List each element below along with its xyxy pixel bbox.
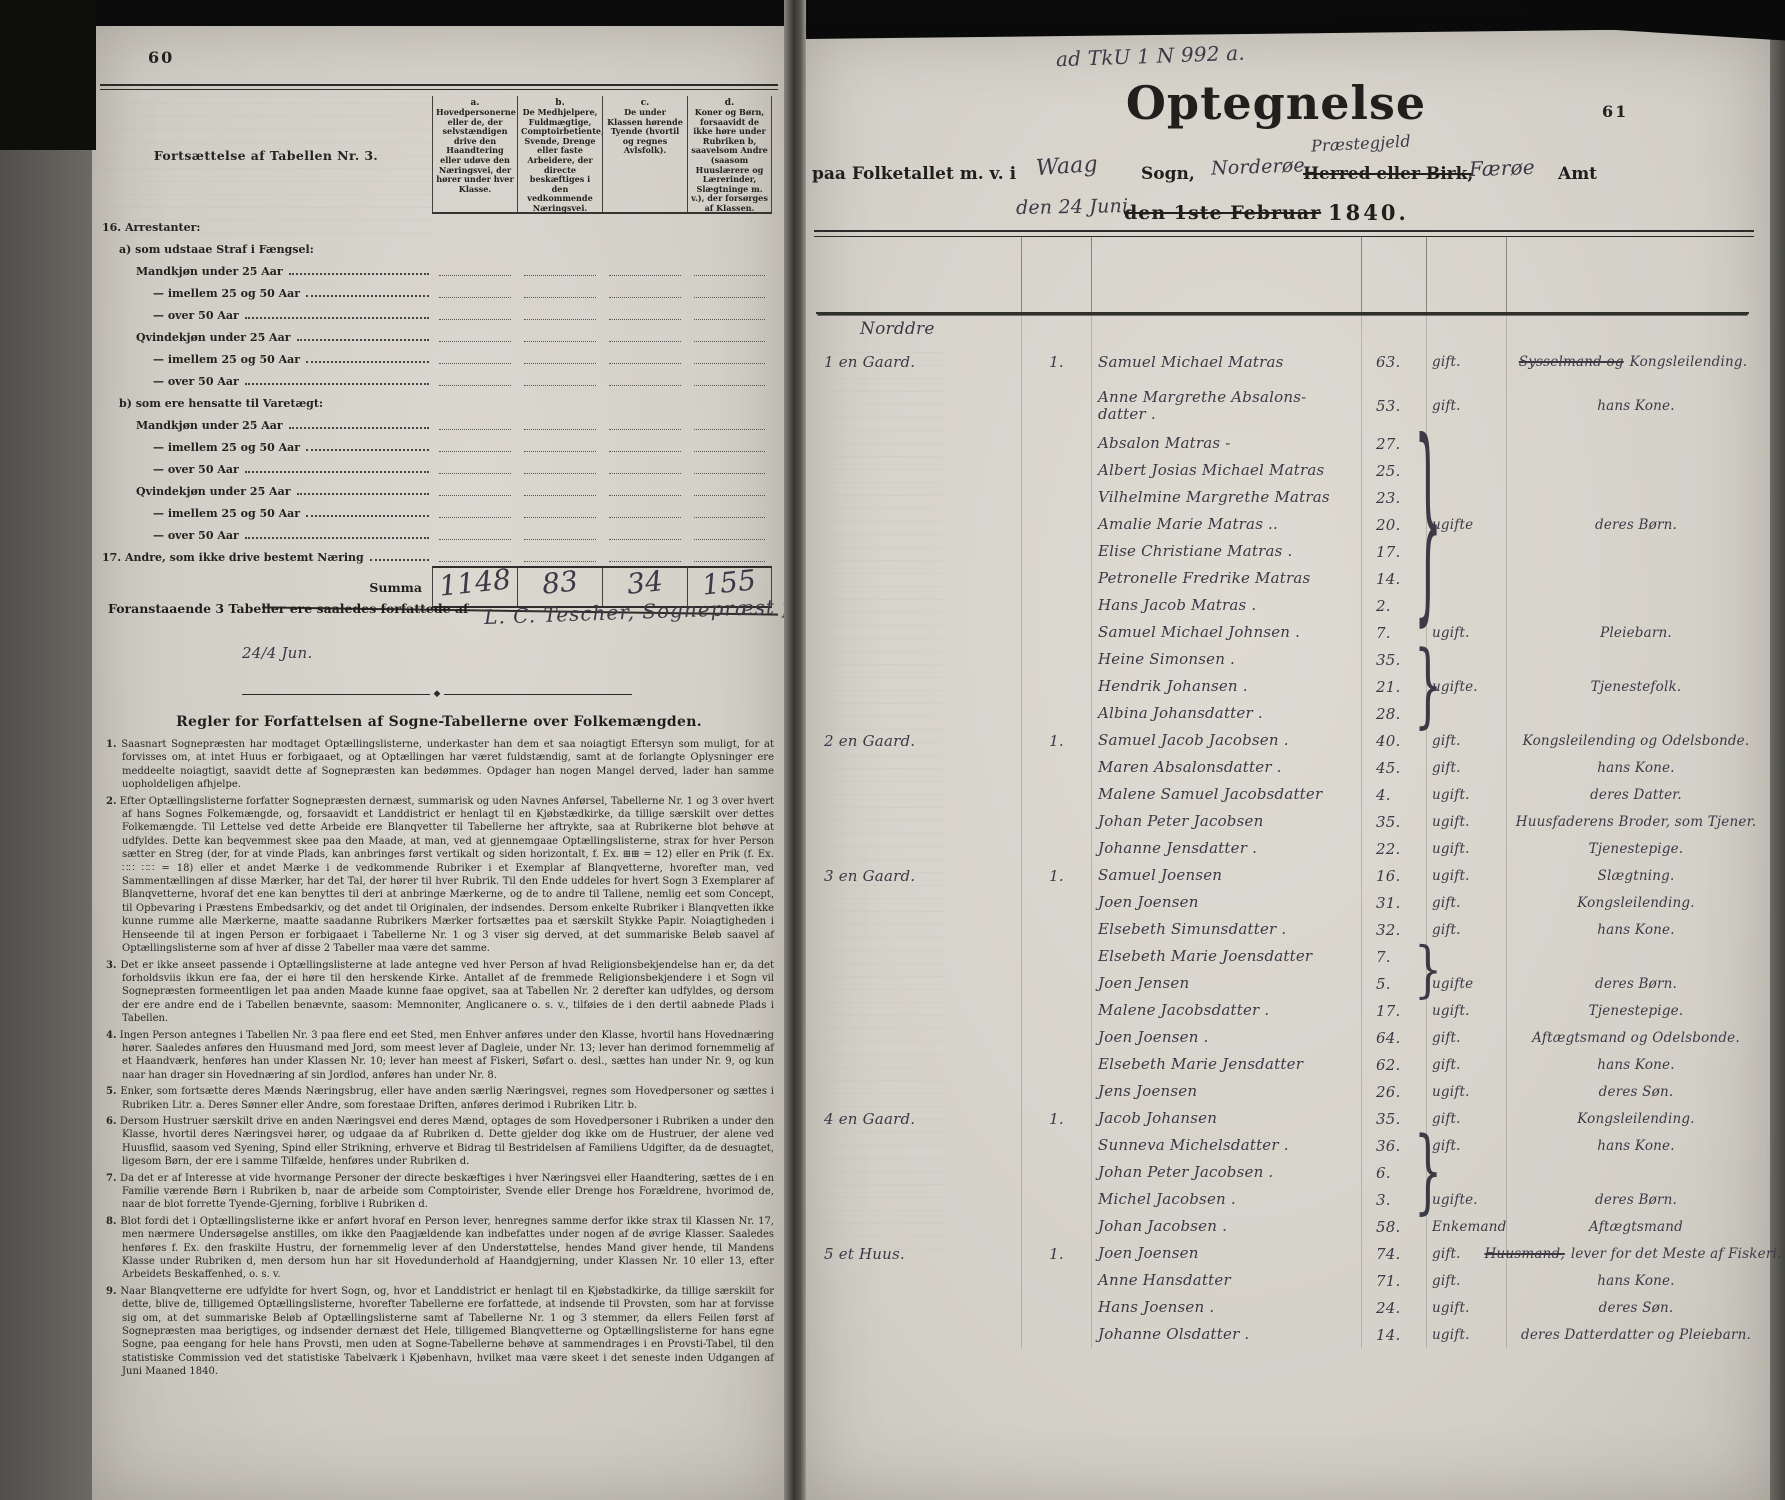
census-row: Amalie Marie Matras .. 20. ugifte deres … <box>816 511 1749 538</box>
place-cell <box>816 1186 1021 1213</box>
right-page-number: 61 <box>1602 102 1628 121</box>
person-name: Petronelle Fredrike Matras <box>1098 570 1361 587</box>
marital-status-cell: ugift. <box>1426 808 1506 835</box>
census-column-header <box>1506 236 1749 312</box>
census-row: Jens Joensen 26. ugift. deres Søn. <box>816 1078 1749 1105</box>
person-name-cell: Elise Christiane Matras . <box>1091 538 1361 565</box>
occupation-cell: hans Kone. <box>1506 754 1749 781</box>
rule-number: 3. <box>106 960 116 971</box>
person-name: Hans Joensen . <box>1098 1299 1361 1316</box>
family-count-cell <box>1021 316 1091 342</box>
family-count-cell <box>1021 646 1091 673</box>
census-subtitle-line: paa Folketallet m. v. i Waag Sogn, Norde… <box>806 150 1766 196</box>
person-name-cell: Hans Jacob Matras . <box>1091 592 1361 619</box>
family-count-cell <box>1021 484 1091 511</box>
dotted-leader <box>297 493 429 495</box>
row-label: Qvindekjøn under 25 Aar <box>136 485 291 498</box>
occupation-text: deres Børn. <box>1595 1192 1677 1208</box>
family-count-cell <box>1021 1321 1091 1348</box>
census-row: Johanne Olsdatter . 14. ugift. deres Dat… <box>816 1321 1749 1348</box>
person-name: Jens Joensen <box>1098 1083 1361 1100</box>
occupation-cell <box>1506 700 1749 727</box>
person-name-cell: Absalon Matras - <box>1091 430 1361 457</box>
person-name: Sunneva Michelsdatter . <box>1098 1137 1361 1154</box>
rule-paragraph: 8. Blot fordi det i Optællingslisterne i… <box>106 1215 774 1282</box>
person-name-cell: Johan Peter Jacobsen . <box>1091 1159 1361 1186</box>
family-count-cell <box>1021 619 1091 646</box>
person-name: Maren Absalonsdatter . <box>1098 759 1361 776</box>
occupation-cell: deres Børn. <box>1506 970 1749 997</box>
occupation-cell: Huusfaderens Broder, som Tjener. <box>1506 808 1749 835</box>
census-row: Anne Margrethe Absalons- datter . 53. gi… <box>816 382 1749 430</box>
place-cell <box>816 511 1021 538</box>
person-name: Johan Peter Jacobsen . <box>1098 1164 1361 1181</box>
occupation-text: Kongsleilending. <box>1630 354 1748 370</box>
person-name-cell: Maren Absalonsdatter . <box>1091 754 1361 781</box>
dotted-leader <box>306 295 429 297</box>
age-cell: 64. <box>1361 1024 1426 1051</box>
occupation-cell <box>1506 484 1749 511</box>
marital-status-cell: ugift. <box>1426 862 1506 889</box>
occupation-cell: Tjenestefolk. <box>1506 673 1749 700</box>
column-header: b. De Medhjelpere, Fuldmægtige, Comptoir… <box>517 96 602 214</box>
age-cell: 74. <box>1361 1240 1426 1267</box>
row-label: Mandkjøn under 25 Aar <box>136 265 283 278</box>
dotted-leader <box>245 317 429 319</box>
book-gutter-shadow <box>784 0 806 1500</box>
marital-status-cell: ugift. <box>1426 1294 1506 1321</box>
occupation-text: deres Datterdatter og Pleiebarn. <box>1521 1327 1751 1343</box>
occupation-text: hans Kone. <box>1597 398 1674 414</box>
rule-text: Enker, som fortsætte deres Mænds Nærings… <box>120 1086 774 1110</box>
person-name-cell: Elsebeth Simunsdatter . <box>1091 916 1361 943</box>
age-cell: 14. <box>1361 1321 1426 1348</box>
person-name: Amalie Marie Matras .. <box>1098 516 1361 533</box>
place-cell <box>816 889 1021 916</box>
census-column-header <box>1426 236 1506 312</box>
table-row: 17. Andre, som ikke drive bestemt Næring <box>100 544 772 566</box>
rule-paragraph: 7. Da det er af Interesse at vide hvorma… <box>106 1172 774 1212</box>
person-name: Joen Jensen <box>1098 975 1361 992</box>
family-count-cell <box>1021 430 1091 457</box>
row-label-cell: a) som udstaae Straf i Fængsel: <box>100 243 432 258</box>
person-name-cell: Joen Joensen . <box>1091 1024 1361 1051</box>
rules-heading: Regler for Forfattelsen af Sogne-Tabelle… <box>92 714 786 730</box>
table-row: — over 50 Aar <box>100 368 772 390</box>
census-row: Joen Jensen 5. ugifte deres Børn. <box>816 970 1749 997</box>
occupation-cell: Kongsleilending. <box>1506 889 1749 916</box>
scan-corner-top-left <box>0 0 96 150</box>
occupation-cell: hans Kone. <box>1506 916 1749 943</box>
family-count-cell <box>1021 754 1091 781</box>
family-count-cell <box>1021 511 1091 538</box>
age-cell: 26. <box>1361 1078 1426 1105</box>
table-row: b) som ere hensatte til Varetægt: <box>100 390 772 412</box>
row-label: — imellem 25 og 50 Aar <box>153 507 300 520</box>
place-cell <box>816 673 1021 700</box>
census-row: Joen Joensen 31. gift. Kongsleilending. <box>816 889 1749 916</box>
person-name-cell: Anne Margrethe Absalons- datter . <box>1091 382 1361 430</box>
occupation-cell: hans Kone. <box>1506 1132 1749 1159</box>
row-label: — imellem 25 og 50 Aar <box>153 441 300 454</box>
family-count-cell <box>1021 382 1091 430</box>
census-row: Sunneva Michelsdatter . 36. gift. hans K… <box>816 1132 1749 1159</box>
occupation-text: hans Kone. <box>1597 922 1674 938</box>
census-row: 4 en Gaard. 1. Jacob Johansen 35. gift. … <box>816 1105 1749 1132</box>
parish-name-handwriting: Waag <box>1035 152 1098 181</box>
row-label-cell: Mandkjøn under 25 Aar <box>100 265 432 280</box>
row-label-cell: — imellem 25 og 50 Aar <box>100 353 432 368</box>
dotted-leader <box>289 273 429 275</box>
family-count-cell <box>1021 970 1091 997</box>
occupation-cell: deres Børn. <box>1506 511 1749 538</box>
family-count-cell <box>1021 781 1091 808</box>
row-label: — over 50 Aar <box>153 529 239 542</box>
row-label-cell: Qvindekjøn under 25 Aar <box>100 485 432 500</box>
census-row: Hans Jacob Matras . 2. <box>816 592 1749 619</box>
census-row: Johan Peter Jacobsen . 6. <box>816 1159 1749 1186</box>
parish-label: Sogn, <box>1141 164 1195 184</box>
person-name-cell: Malene Jacobsdatter . <box>1091 997 1361 1024</box>
occupation-cell: deres Søn. <box>1506 1078 1749 1105</box>
occupation-cell <box>1506 565 1749 592</box>
occupation-text: hans Kone. <box>1597 1273 1674 1289</box>
row-label-cell: 17. Andre, som ikke drive bestemt Næring <box>100 551 432 566</box>
family-count-cell <box>1021 835 1091 862</box>
handwritten-date-note: 24/4 Jun. <box>242 644 312 662</box>
age-cell: 71. <box>1361 1267 1426 1294</box>
district-label-struck: Herred eller Birk, <box>1303 164 1473 184</box>
left-page-number: 60 <box>148 48 174 67</box>
family-count-cell <box>1021 1132 1091 1159</box>
occupation-text: Tjenestepige. <box>1589 1003 1684 1019</box>
occupation-text: Kongsleilending og Odelsbonde. <box>1523 733 1750 749</box>
family-count-cell <box>1021 1078 1091 1105</box>
rule-text: Da det er af Interesse at vide hvormange… <box>120 1173 774 1211</box>
person-name-cell: Elsebeth Marie Joensdatter <box>1091 943 1361 970</box>
place-cell <box>816 997 1021 1024</box>
person-name: Albert Josias Michael Matras <box>1098 462 1361 479</box>
person-name-cell: Petronelle Fredrike Matras <box>1091 565 1361 592</box>
attestation-line: Foranstaaende 3 Tabeller ere saaledes fo… <box>108 594 778 618</box>
occupation-cell <box>1506 943 1749 970</box>
dotted-leader <box>370 559 429 561</box>
place-cell <box>816 1024 1021 1051</box>
person-name-cell <box>1091 316 1361 342</box>
occupation-cell <box>1506 592 1749 619</box>
age-cell: 45. <box>1361 754 1426 781</box>
person-name-cell: Amalie Marie Matras .. <box>1091 511 1361 538</box>
marital-status-cell: gift. <box>1426 1024 1506 1051</box>
family-count-cell <box>1021 538 1091 565</box>
place-cell <box>816 754 1021 781</box>
family-count-cell: 1. <box>1021 862 1091 889</box>
row-label: — over 50 Aar <box>153 463 239 476</box>
place-cell <box>816 565 1021 592</box>
person-name: Samuel Michael Johnsen . <box>1098 624 1361 641</box>
place-cell <box>816 1078 1021 1105</box>
place-cell <box>816 382 1021 430</box>
person-name-cell: Johanne Jensdatter . <box>1091 835 1361 862</box>
occupation-cell: hans Kone. <box>1506 1267 1749 1294</box>
marital-status-cell: gift. <box>1426 1051 1506 1078</box>
census-column-header <box>1361 236 1426 312</box>
person-name-cell: Jacob Johansen <box>1091 1105 1361 1132</box>
place-cell <box>816 1213 1021 1240</box>
place-cell <box>816 970 1021 997</box>
occupation-cell <box>1506 430 1749 457</box>
marital-status-cell: gift. <box>1426 754 1506 781</box>
person-name-cell: Vilhelmine Margrethe Matras <box>1091 484 1361 511</box>
person-name-cell: Samuel Michael Johnsen . <box>1091 619 1361 646</box>
census-column-header <box>1091 236 1361 312</box>
table-row: — over 50 Aar <box>100 456 772 478</box>
census-row: Malene Jacobsdatter . 17. ugift. Tjenest… <box>816 997 1749 1024</box>
occupation-text: Pleiebarn. <box>1600 625 1672 641</box>
census-row: Samuel Michael Johnsen . 7. ugift. Pleie… <box>816 619 1749 646</box>
census-column-header <box>816 236 1021 312</box>
census-row: Elsebeth Marie Jensdatter 62. gift. hans… <box>816 1051 1749 1078</box>
rule-text: Naar Blanqvetterne ere udfyldte for hver… <box>120 1286 774 1377</box>
occupation-cell: Pleiebarn. <box>1506 619 1749 646</box>
rules-paragraphs: 1. Saasnart Sognepræsten har modtaget Op… <box>106 738 774 1382</box>
age-cell <box>1361 316 1426 342</box>
occupation-cell: Slægtning. <box>1506 862 1749 889</box>
occupation-cell: Kongsleilending. <box>1506 1105 1749 1132</box>
rule-number: 4. <box>106 1030 116 1041</box>
age-cell: 63. <box>1361 342 1426 382</box>
rule-text: Det er ikke anseet passende i Optællings… <box>120 960 774 1025</box>
person-name-cell: Albert Josias Michael Matras <box>1091 457 1361 484</box>
column-description: Hovedpersonerne eller de, der selvstændi… <box>436 108 514 194</box>
place-cell: 5 et Huus. <box>816 1240 1021 1267</box>
occupation-text: deres Børn. <box>1595 976 1677 992</box>
rule-paragraph: 6. Dersom Hustruer særskilt drive en and… <box>106 1115 774 1169</box>
census-dateline: den 24 Juni den 1ste Februar 1840. <box>976 198 1596 232</box>
occupation-text: Tjenestefolk. <box>1591 679 1682 695</box>
column-description: De under Klassen hørende Tyende (hvortil… <box>606 108 684 156</box>
divider-line-right <box>444 694 632 695</box>
family-count-cell <box>1021 1294 1091 1321</box>
census-row: Elsebeth Marie Joensdatter 7. <box>816 943 1749 970</box>
person-name: Elsebeth Simunsdatter . <box>1098 921 1361 938</box>
person-name-cell: Jens Joensen <box>1091 1078 1361 1105</box>
census-title: Optegnelse <box>1036 76 1516 130</box>
person-name-cell: Joen Joensen <box>1091 1240 1361 1267</box>
rule-number: 7. <box>106 1173 116 1184</box>
place-cell <box>816 1051 1021 1078</box>
scan-left-edge <box>0 0 92 1500</box>
row-label: — imellem 25 og 50 Aar <box>153 353 300 366</box>
row-label: — imellem 25 og 50 Aar <box>153 287 300 300</box>
person-name-cell: Johan Peter Jacobsen <box>1091 808 1361 835</box>
rule-paragraph: 5. Enker, som fortsætte deres Mænds Næri… <box>106 1085 774 1112</box>
census-row: Joen Joensen . 64. gift. Aftægtsmand og … <box>816 1024 1749 1051</box>
age-cell: 35. <box>1361 808 1426 835</box>
occupation-cell <box>1506 316 1749 342</box>
occupation-cell: Kongsleilending og Odelsbonde. <box>1506 727 1749 754</box>
age-group-brace: } <box>1414 430 1440 619</box>
family-count-cell <box>1021 997 1091 1024</box>
person-name: Johanne Jensdatter . <box>1098 840 1361 857</box>
age-cell: 16. <box>1361 862 1426 889</box>
corrected-date-handwriting: den 24 Juni <box>1016 195 1129 219</box>
row-label-cell: — over 50 Aar <box>100 375 432 390</box>
occupation-cell: deres Datterdatter og Pleiebarn. <box>1506 1321 1749 1348</box>
person-name: Elsebeth Marie Joensdatter <box>1098 948 1361 965</box>
dotted-leader <box>306 361 429 363</box>
census-year: 1840. <box>1328 200 1409 225</box>
place-cell <box>816 943 1021 970</box>
census-column-header <box>1021 236 1091 312</box>
statistics-table-rows: 16. Arrestanter: a) som udstaae Straf i … <box>100 214 772 566</box>
family-count-cell <box>1021 673 1091 700</box>
family-count-cell: 1. <box>1021 727 1091 754</box>
table-row: — over 50 Aar <box>100 302 772 324</box>
census-row: Heine Simonsen . 35. <box>816 646 1749 673</box>
place-cell <box>816 538 1021 565</box>
census-row: Petronelle Fredrike Matras 14. <box>816 565 1749 592</box>
census-row: Norddre <box>816 316 1749 342</box>
county-label: Amt <box>1558 164 1597 184</box>
rule-number: 6. <box>106 1116 116 1127</box>
dotted-leader <box>306 515 429 517</box>
rule-paragraph: 2. Efter Optællingslisterne forfatter So… <box>106 795 774 956</box>
place-cell <box>816 646 1021 673</box>
table-row: — imellem 25 og 50 Aar <box>100 280 772 302</box>
person-name: Anne Margrethe Absalons- <box>1098 389 1361 406</box>
occupation-cell: deres Børn. <box>1506 1186 1749 1213</box>
person-name-cell: Johanne Olsdatter . <box>1091 1321 1361 1348</box>
row-label-cell: Mandkjøn under 25 Aar <box>100 419 432 434</box>
attestation-printed-text: Foranstaaende 3 Tabeller ere saaledes fo… <box>108 601 468 616</box>
rule-paragraph: 3. Det er ikke anseet passende i Optælli… <box>106 959 774 1026</box>
occupation-cell: Aftægtsmand <box>1506 1213 1749 1240</box>
column-header: d. Koner og Børn, forsaavidt de ikke hør… <box>687 96 772 214</box>
person-name: Johanne Olsdatter . <box>1098 1326 1361 1343</box>
rule-number: 5. <box>106 1086 116 1097</box>
person-name-cell: Joen Joensen <box>1091 889 1361 916</box>
occupation-text: deres Søn. <box>1599 1300 1674 1316</box>
table-row: Qvindekjøn under 25 Aar <box>100 478 772 500</box>
occupation-text: Kongsleilending. <box>1577 895 1695 911</box>
occupation-cell: hans Kone. <box>1506 382 1749 430</box>
rule-text: Saasnart Sognepræsten har modtaget Optæl… <box>121 739 774 790</box>
divider-diamond-icon: ◆ <box>434 689 441 699</box>
age-cell: 62. <box>1361 1051 1426 1078</box>
person-name: Vilhelmine Margrethe Matras <box>1098 489 1361 506</box>
person-name: Jacob Johansen <box>1098 1110 1361 1127</box>
place-cell <box>816 700 1021 727</box>
rule-number: 1. <box>106 739 116 750</box>
row-label-cell: — over 50 Aar <box>100 463 432 478</box>
row-label-cell: — imellem 25 og 50 Aar <box>100 507 432 522</box>
census-row: Hendrik Johansen . 21. ugifte. Tjenestef… <box>816 673 1749 700</box>
family-count-cell: 1. <box>1021 342 1091 382</box>
occupation-cell: hans Kone. <box>1506 1051 1749 1078</box>
family-count-cell <box>1021 808 1091 835</box>
statistics-table: Fortsættelse af Tabellen Nr. 3. a. Hoved… <box>100 96 772 608</box>
occupation-cell: Tjenestepige. <box>1506 997 1749 1024</box>
family-count-cell <box>1021 700 1091 727</box>
family-count-cell <box>1021 1024 1091 1051</box>
place-cell: 2 en Gaard. <box>816 727 1021 754</box>
table-row: — imellem 25 og 50 Aar <box>100 346 772 368</box>
census-row: Vilhelmine Margrethe Matras 23. <box>816 484 1749 511</box>
rule-number: 9. <box>106 1286 116 1297</box>
family-count-cell <box>1021 592 1091 619</box>
district-name-handwriting: Norderøe <box>1211 154 1306 179</box>
census-row: Albert Josias Michael Matras 25. <box>816 457 1749 484</box>
place-cell: 4 en Gaard. <box>816 1105 1021 1132</box>
occupation-text: hans Kone. <box>1597 760 1674 776</box>
person-name-cell: Heine Simonsen . <box>1091 646 1361 673</box>
age-cell: 24. <box>1361 1294 1426 1321</box>
top-double-rule <box>100 84 778 90</box>
age-cell: 4. <box>1361 781 1426 808</box>
rule-text: Efter Optællingslisterne forfatter Sogne… <box>120 796 774 954</box>
person-name: Hans Jacob Matras . <box>1098 597 1361 614</box>
table-column-headers: a. Hovedpersonerne eller de, der selvstæ… <box>432 96 772 214</box>
person-name: Absalon Matras - <box>1098 435 1361 452</box>
person-name: Malene Jacobsdatter . <box>1098 1002 1361 1019</box>
row-label: Qvindekjøn under 25 Aar <box>136 331 291 344</box>
census-row: Johanne Jensdatter . 22. ugift. Tjeneste… <box>816 835 1749 862</box>
person-name-cell: Hans Joensen . <box>1091 1294 1361 1321</box>
person-name: Michel Jacobsen . <box>1098 1191 1361 1208</box>
dotted-leader <box>297 339 429 341</box>
place-cell: 3 en Gaard. <box>816 862 1021 889</box>
row-label-cell: — imellem 25 og 50 Aar <box>100 287 432 302</box>
place-cell <box>816 430 1021 457</box>
place-cell <box>816 808 1021 835</box>
person-name-cell: Samuel Joensen <box>1091 862 1361 889</box>
dotted-leader <box>245 471 429 473</box>
table-row: Mandkjøn under 25 Aar <box>100 412 772 434</box>
rule-paragraph: 9. Naar Blanqvetterne ere udfyldte for h… <box>106 1285 774 1379</box>
person-name: Joen Joensen . <box>1098 1029 1361 1046</box>
census-row: Johan Jacobsen . 58. Enkemand Aftægtsman… <box>816 1213 1749 1240</box>
marital-status-cell: gift. <box>1426 1267 1506 1294</box>
person-name-cell: Sunneva Michelsdatter . <box>1091 1132 1361 1159</box>
family-count-cell <box>1021 889 1091 916</box>
person-name: Elise Christiane Matras . <box>1098 543 1361 560</box>
census-row: Albina Johansdatter . 28. <box>816 700 1749 727</box>
right-page: ad TkU 1 N 992 a. Optegnelse 61 paa Folk… <box>806 30 1770 1500</box>
place-cell <box>816 484 1021 511</box>
dotted-leader <box>245 537 429 539</box>
occupation-text: Tjenestepige. <box>1589 841 1684 857</box>
census-row: Elise Christiane Matras . 17. <box>816 538 1749 565</box>
person-name-cell: Joen Jensen <box>1091 970 1361 997</box>
person-name-cell: Samuel Jacob Jacobsen . <box>1091 727 1361 754</box>
marital-status-cell <box>1426 316 1506 342</box>
place-cell <box>816 457 1021 484</box>
census-row: Hans Joensen . 24. ugift. deres Søn. <box>816 1294 1749 1321</box>
row-label: 17. Andre, som ikke drive bestemt Næring <box>102 551 364 564</box>
occupation-text: Huusfaderens Broder, som Tjener. <box>1516 814 1756 830</box>
occupation-cell: deres Datter. <box>1506 781 1749 808</box>
marital-status-cell: ugift. <box>1426 1078 1506 1105</box>
section-divider-ornament: ◆ <box>242 689 632 699</box>
place-cell <box>816 1159 1021 1186</box>
person-name: Samuel Michael Matras <box>1098 354 1361 371</box>
divider-line-left <box>242 694 430 695</box>
occupation-text: deres Børn. <box>1595 517 1677 533</box>
dotted-leader <box>289 427 429 429</box>
place-cell: 1 en Gaard. <box>816 342 1021 382</box>
row-label-cell: — over 50 Aar <box>100 309 432 324</box>
